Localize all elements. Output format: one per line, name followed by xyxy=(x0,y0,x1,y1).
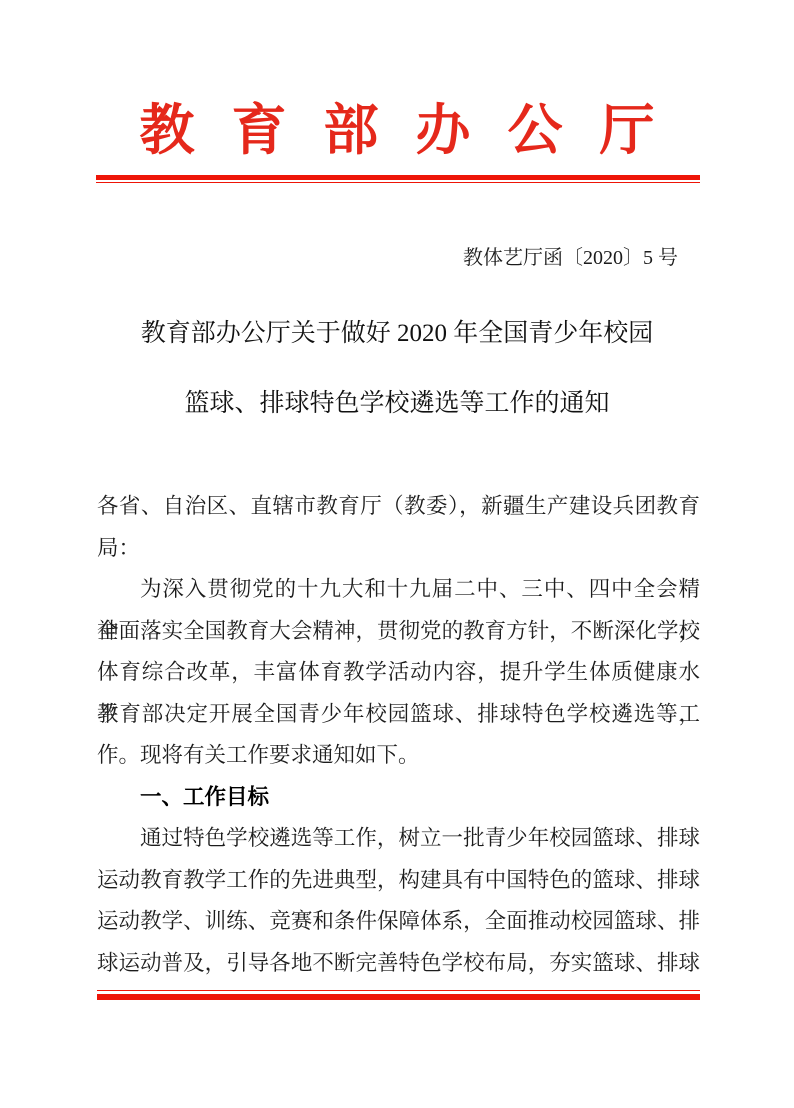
letterhead-agency-title: 教育部办公厅 xyxy=(0,86,794,165)
document-page: 教育部办公厅 教体艺厅函〔2020〕5 号 教育部办公厅关于做好 2020 年全… xyxy=(0,0,794,1108)
body-line-para1-1: 为深入贯彻党的十九大和十九届二中、三中、四中全会精神， xyxy=(97,569,700,611)
body-line-para2-1: 通过特色学校遴选等工作，树立一批青少年校园篮球、排球 xyxy=(97,818,700,860)
letterhead-rule-thin xyxy=(96,182,700,183)
body-line-para1-3: 体育综合改革，丰富体育教学活动内容，提升学生体质健康水平， xyxy=(97,652,700,694)
document-title: 教育部办公厅关于做好 2020 年全国青少年校园 篮球、排球特色学校遴选等工作的… xyxy=(0,318,794,458)
body-line-para2-3: 运动教学、训练、竞赛和条件保障体系，全面推动校园篮球、排 xyxy=(97,901,700,943)
document-number: 教体艺厅函〔2020〕5 号 xyxy=(463,241,678,270)
document-title-line-2: 篮球、排球特色学校遴选等工作的通知 xyxy=(0,388,794,458)
section-heading-1: 一、工作目标 xyxy=(97,777,700,819)
letterhead-rule xyxy=(96,175,700,183)
body-line-para1-5: 作。现将有关工作要求通知如下。 xyxy=(97,735,700,777)
page-bottom-rule xyxy=(97,990,700,1000)
document-title-line-1: 教育部办公厅关于做好 2020 年全国青少年校园 xyxy=(0,318,794,388)
body-line-para2-2: 运动教育教学工作的先进典型，构建具有中国特色的篮球、排球 xyxy=(97,860,700,902)
document-body: 各省、自治区、直辖市教育厅（教委），新疆生产建设兵团教育 局： 为深入贯彻党的十… xyxy=(97,486,700,984)
body-line-para1-4: 教育部决定开展全国青少年校园篮球、排球特色学校遴选等工 xyxy=(97,694,700,736)
body-line-salutation-1: 各省、自治区、直辖市教育厅（教委），新疆生产建设兵团教育 xyxy=(97,486,700,528)
body-line-para2-4: 球运动普及，引导各地不断完善特色学校布局，夯实篮球、排球 xyxy=(97,943,700,985)
body-line-salutation-2: 局： xyxy=(97,528,700,570)
body-line-para1-2: 全面落实全国教育大会精神，贯彻党的教育方针，不断深化学校 xyxy=(97,611,700,653)
page-bottom-rule-thick xyxy=(97,994,700,1000)
